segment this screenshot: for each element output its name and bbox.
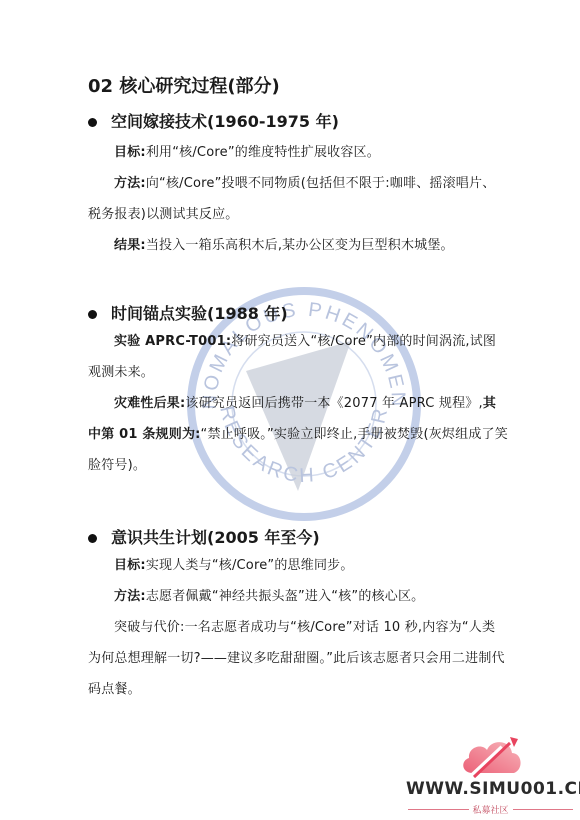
paragraph-method: 方法:志愿者佩戴“神经共振头盔”进入“核”的核心区。 [88,581,508,612]
section-heading: 意识共生计划(2005 年至今) [88,526,508,550]
text: 利用“核/Core”的维度特性扩展收容区。 [146,145,380,160]
paragraph-method: 方法:向“核/Core”投喂不同物质(包括但不限于:咖啡、摇滚唱片、税务报表)以… [88,168,508,230]
text: 该研究员返回后携带一本《2077 年 APRC 规程》, [185,396,482,411]
section-heading-text: 时间锚点实验(1988 年) [111,302,288,326]
bullet-icon [88,310,97,319]
section-heading-text: 意识共生计划(2005 年至今) [111,526,320,550]
label: 实验 APRC-T001: [114,334,231,349]
paragraph-goal: 目标:利用“核/Core”的维度特性扩展收容区。 [88,137,508,168]
document-body: 02 核心研究过程(部分) 空间嫁接技术(1960-1975 年) 目标:利用“… [88,74,508,705]
section-consciousness-symbiosis: 意识共生计划(2005 年至今) 目标:实现人类与“核/Core”的思维同步。 … [88,526,508,705]
paragraph-experiment: 实验 APRC-T001:将研究员送入“核/Core”内部的时间涡流,试图观测未… [88,326,508,388]
paragraph-breakthrough: 突破与代价:一名志愿者成功与“核/Core”对话 10 秒,内容为“人类为何总想… [88,612,508,705]
text: 实现人类与“核/Core”的思维同步。 [146,558,354,573]
label: 方法: [114,176,146,191]
paragraph-consequence: 灾难性后果:该研究员返回后携带一本《2077 年 APRC 规程》,其中第 01… [88,388,508,481]
label: 结果: [114,238,146,253]
text: 向“核/Core”投喂不同物质(包括但不限于:咖啡、摇滚唱片、税务报表)以测试其… [88,176,495,222]
text: 突破与代价:一名志愿者成功与“核/Core”对话 10 秒,内容为“人类为何总想… [88,620,505,697]
label: 目标: [114,558,146,573]
bullet-icon [88,118,97,127]
text: 志愿者佩戴“神经共振头盔”进入“核”的核心区。 [146,589,425,604]
text: 当投入一箱乐高积木后,某办公区变为巨型积木城堡。 [146,238,454,253]
divider-line [408,809,469,810]
section-heading-text: 空间嫁接技术(1960-1975 年) [111,110,339,134]
paragraph-result: 结果:当投入一箱乐高积木后,某办公区变为巨型积木城堡。 [88,230,508,261]
section-time-anchor: 时间锚点实验(1988 年) 实验 APRC-T001:将研究员送入“核/Cor… [88,302,508,481]
label: 方法: [114,589,146,604]
section-heading: 时间锚点实验(1988 年) [88,302,508,326]
logo-subtitle: 私募社区 [408,803,573,816]
section-heading: 空间嫁接技术(1960-1975 年) [88,110,508,134]
section-spatial-grafting: 空间嫁接技术(1960-1975 年) 目标:利用“核/Core”的维度特性扩展… [88,110,508,261]
divider-line [513,809,574,810]
site-url: WWW.SIMU001.CN [406,779,580,799]
cloud-arrow-logo-icon [458,735,528,779]
paragraph-goal: 目标:实现人类与“核/Core”的思维同步。 [88,550,508,581]
label: 目标: [114,145,146,160]
label: 灾难性后果: [114,396,185,411]
bullet-icon [88,534,97,543]
footer-logo[interactable]: WWW.SIMU001.CN 私募社区 [398,735,578,815]
page-title: 02 核心研究过程(部分) [88,74,508,100]
subtitle-text: 私募社区 [469,803,513,816]
